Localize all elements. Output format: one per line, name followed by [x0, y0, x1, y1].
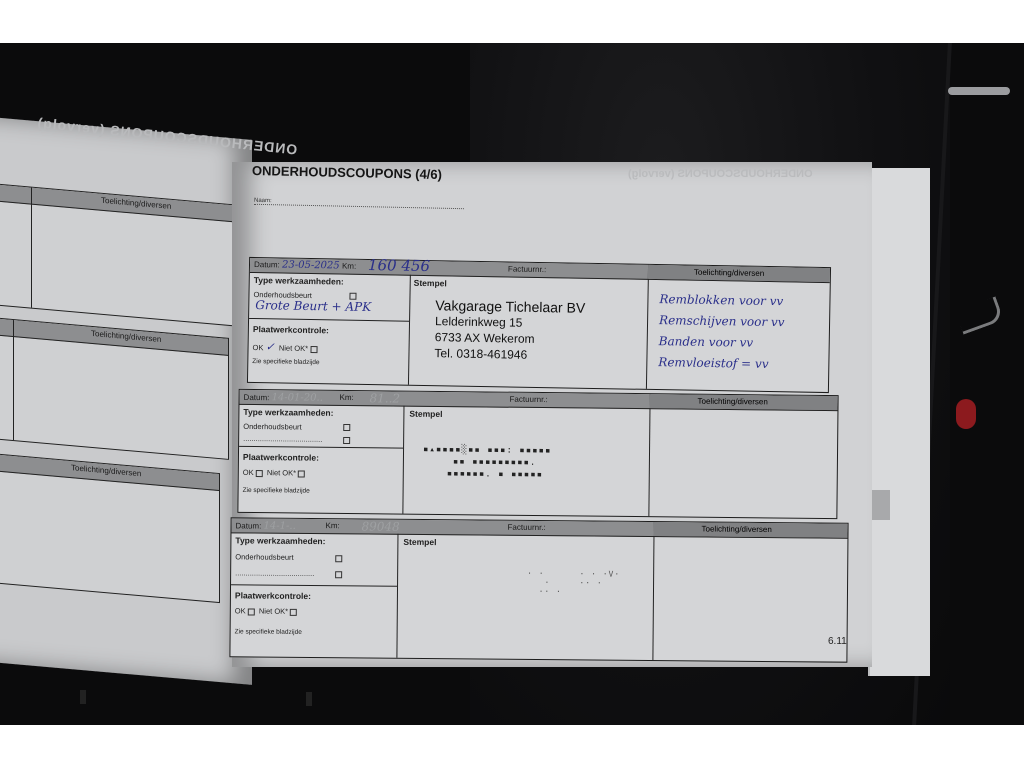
- ok-check-mark: ✓: [265, 340, 274, 353]
- coupon-1-date: 23-05-2025: [282, 260, 340, 272]
- booklet-page-edges: [868, 168, 930, 676]
- very-faint-stamp: · · · · ·V· · ·· · ·· ·: [527, 569, 620, 597]
- page-marker: [80, 690, 86, 704]
- coupon-2-date: 14-01-20..: [272, 392, 323, 404]
- not-ok-checkbox[interactable]: [310, 346, 317, 353]
- work-handwritten: Grote Beurt + APK: [255, 298, 371, 314]
- coupon-3-date: 14-1-..: [264, 521, 296, 532]
- notes-header: Toelichting/diversen: [91, 329, 161, 344]
- left-coupon-1: Toelichting/diversen: [0, 183, 237, 327]
- notes-header: Toelichting/diversen: [71, 463, 141, 478]
- coupon-2-km: 81..2: [370, 391, 401, 405]
- notes-header: Toelichting/diversen: [101, 196, 171, 211]
- coupon-2: Datum: 14-01-20.. Km: 81..2 Factuurnr.: …: [237, 389, 838, 519]
- page-number: 6.11: [828, 636, 847, 647]
- not-ok-checkbox[interactable]: [298, 470, 305, 477]
- red-zipper-pull: [956, 399, 976, 429]
- ok-checkbox[interactable]: [248, 608, 255, 615]
- ok-checkbox[interactable]: [256, 470, 263, 477]
- bleed-through-title-right: ONDERHOUDSCOUPONS (vervolg): [628, 168, 813, 180]
- service-checkbox[interactable]: [335, 555, 342, 562]
- notes-handwritten: Remblokken voor vv Remschijven voor vv B…: [658, 289, 785, 375]
- left-coupon-3: Toelichting/diversen: [0, 453, 220, 603]
- coupon-1: Datum: 23-05-2025 Km: 160 456 Factuurnr.…: [247, 257, 831, 393]
- not-ok-checkbox[interactable]: [290, 608, 297, 615]
- service-checkbox[interactable]: [343, 424, 350, 431]
- invoice-label: Factuurnr.:: [508, 264, 546, 274]
- notes-header: Toelichting/diversen: [694, 268, 764, 278]
- coupon-3: Datum: 14-1-.. Km: 89048 Factuurnr.: Toe…: [229, 517, 848, 662]
- letterbox-top: [0, 0, 1024, 43]
- garage-stamp: Vakgarage Tichelaar BV Lelderinkweg 15 6…: [434, 297, 585, 364]
- booklet-left-page: Toelichting/diversen Toelichting/diverse…: [0, 117, 252, 685]
- chrome-trim: [948, 87, 1010, 95]
- left-coupon-2: Toelichting/diversen: [0, 317, 229, 460]
- page-marker: [306, 692, 312, 706]
- coupon-1-km: 160 456: [368, 256, 430, 275]
- km-label: Km:: [342, 262, 356, 271]
- faded-stamp: ▪▴▪▪▪▪░▪▪ ▪▪▪: ▪▪▪▪▪ ▪▪ ▪▪▪▪▪▪▪▪▪. ▪▪▪▪▪…: [423, 444, 552, 481]
- other-checkbox[interactable]: [335, 571, 342, 578]
- coupon-3-km: 89048: [361, 519, 399, 533]
- chrome-hook: [955, 296, 1004, 334]
- other-checkbox[interactable]: [343, 437, 350, 444]
- letterbox-bottom: [0, 725, 1024, 768]
